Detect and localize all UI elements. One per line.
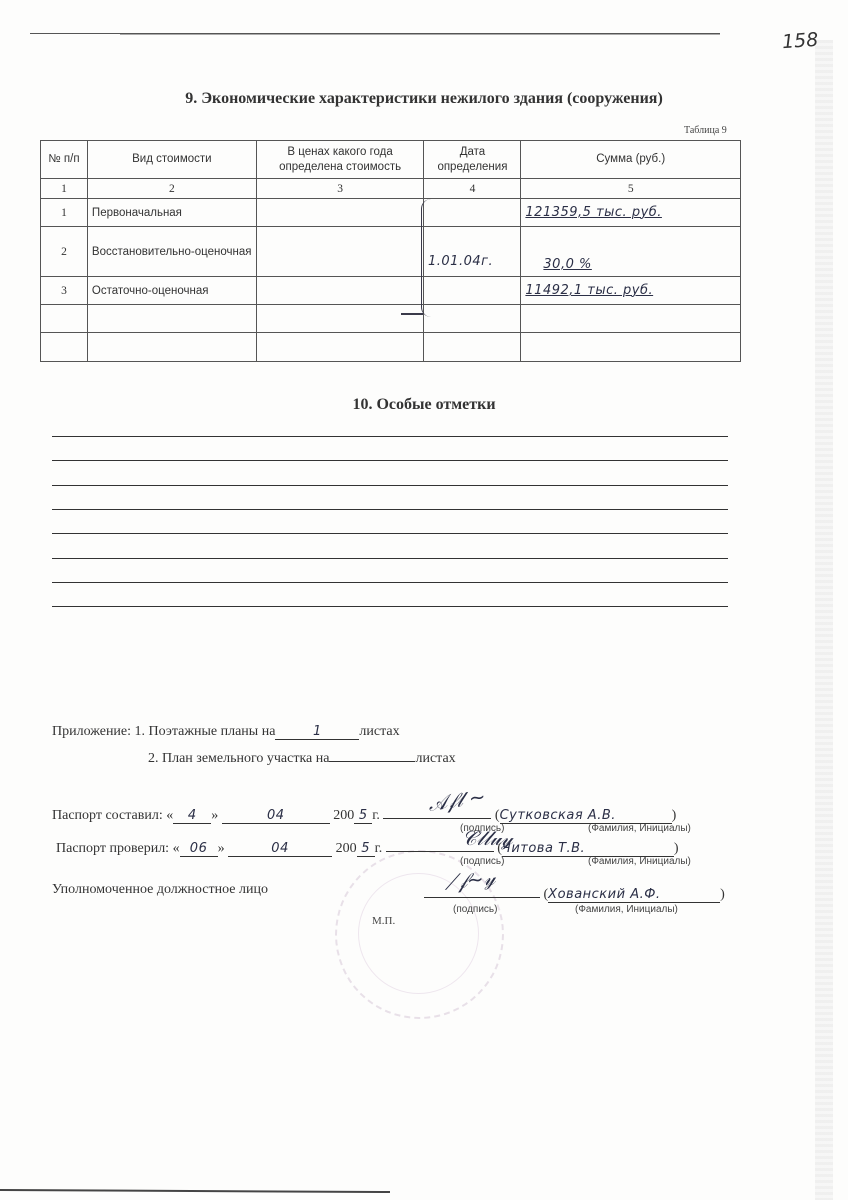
special-notes-line <box>52 509 728 510</box>
special-notes-line <box>52 436 728 437</box>
authorized-name-field: Хованский А.Ф. <box>548 887 720 903</box>
table-row: 3 Остаточно-оценочная 11492,1 тыс. руб. <box>41 277 741 305</box>
special-notes-line <box>52 485 728 486</box>
special-notes-line <box>52 582 728 583</box>
compiled-month-value: 04 <box>267 808 285 823</box>
sum-value: 30,0 % <box>543 257 591 272</box>
appendix-item-1-text: 1. Поэтажные планы на <box>135 724 276 739</box>
checked-day-value: 06 <box>190 841 208 856</box>
appendix-item-2-suffix: листах <box>415 751 455 766</box>
table-caption: Таблица 9 <box>684 125 727 136</box>
date-cell <box>424 227 521 277</box>
compiled-year-digit: 5 <box>359 808 368 823</box>
column-number: 5 <box>521 179 741 199</box>
checked-name-value: Читова Т.В. <box>502 841 585 856</box>
paren-close: ) <box>674 841 679 856</box>
value-type: Восстановительно-оценочная <box>87 227 256 277</box>
price-year <box>256 227 424 277</box>
table-header-row: № п/п Вид стоимости В ценах какого года … <box>41 141 741 179</box>
authorized-name-value: Хованский А.Ф. <box>548 887 660 902</box>
sum-cell: 11492,1 тыс. руб. <box>521 277 741 305</box>
row-number: 1 <box>41 199 88 227</box>
passport-checked-line: Паспорт проверил: «06» 04 2005г. (Читова… <box>56 836 679 857</box>
checked-month-field: 04 <box>228 841 332 857</box>
row-number <box>41 333 88 362</box>
table-row: 1 Первоначальная 121359,5 тыс. руб. <box>41 199 741 227</box>
checked-year-prefix: 200 <box>336 841 357 856</box>
header-date: Дата определения <box>424 141 521 179</box>
checked-year-suffix: г. <box>375 841 383 856</box>
compiled-month-field: 04 <box>222 808 330 824</box>
table-row <box>41 333 741 362</box>
sum-value: 11492,1 тыс. руб. <box>525 283 653 298</box>
checked-signature-caption: (подпись) <box>460 856 504 867</box>
checked-month-value: 04 <box>271 841 289 856</box>
checked-year-digit: 5 <box>361 841 370 856</box>
header-price-year: В ценах какого года определена стоимость <box>256 141 424 179</box>
checked-label: Паспорт проверил: <box>56 841 169 856</box>
sum-cell <box>521 333 741 362</box>
checked-name-caption: (Фамилия, Инициалы) <box>588 856 691 867</box>
column-number: 2 <box>87 179 256 199</box>
floor-plans-sheets-value: 1 <box>313 724 322 739</box>
floor-plans-sheets-field: 1 <box>275 724 359 740</box>
price-year <box>256 199 424 227</box>
authorized-signature-caption: (подпись) <box>453 904 497 915</box>
top-rule-shadow <box>120 34 720 35</box>
compiled-name-caption: (Фамилия, Инициалы) <box>588 823 691 834</box>
value-type <box>87 333 256 362</box>
price-year <box>256 333 424 362</box>
checked-name-field: Читова Т.В. <box>502 841 674 857</box>
date-cell <box>424 277 521 305</box>
row-number: 3 <box>41 277 88 305</box>
land-plan-sheets-field <box>329 746 415 762</box>
appendix-item-1-suffix: листах <box>359 724 399 739</box>
authorized-person-label: Уполномоченное должностное лицо <box>52 882 268 898</box>
compiled-year-prefix: 200 <box>333 808 354 823</box>
appendix-label: Приложение: <box>52 724 131 739</box>
compiled-year-field: 5 <box>354 808 372 824</box>
price-year <box>256 305 424 333</box>
appendix-line-2: 2. План земельного участка налистах <box>148 746 456 767</box>
compiled-day-field: 4 <box>173 808 211 824</box>
bottom-rule <box>0 1189 390 1193</box>
compiled-name-value: Сутковская А.В. <box>500 808 616 823</box>
compiled-label: Паспорт составил: <box>52 808 163 823</box>
special-notes-line <box>52 558 728 559</box>
column-number-row: 1 2 3 4 5 <box>41 179 741 199</box>
compiled-day-value: 4 <box>188 808 197 823</box>
row-number: 2 <box>41 227 88 277</box>
value-type <box>87 305 256 333</box>
appendix-item-2-text: 2. План земельного участка на <box>148 751 329 766</box>
paren-close: ) <box>672 808 677 823</box>
table-row: 2 Восстановительно-оценочная 30,0 % <box>41 227 741 277</box>
column-number: 1 <box>41 179 88 199</box>
checked-year-field: 5 <box>357 841 375 857</box>
special-notes-line <box>52 533 728 534</box>
table-row <box>41 305 741 333</box>
value-type: Первоначальная <box>87 199 256 227</box>
paren-close: ) <box>720 887 725 902</box>
quote-open: « <box>173 841 180 856</box>
appendix-line-1: Приложение: 1. Поэтажные планы на1листах <box>52 724 400 740</box>
special-notes-line <box>52 460 728 461</box>
special-notes-line <box>52 606 728 607</box>
column-number: 3 <box>256 179 424 199</box>
sum-cell: 30,0 % <box>521 227 741 277</box>
sum-value: 121359,5 тыс. руб. <box>525 205 662 220</box>
header-sum: Сумма (руб.) <box>521 141 741 179</box>
economic-characteristics-table: № п/п Вид стоимости В ценах какого года … <box>40 140 741 362</box>
quote-close: » <box>218 841 225 856</box>
stamp-label: М.П. <box>372 915 395 927</box>
price-year <box>256 277 424 305</box>
quote-open: « <box>166 808 173 823</box>
header-number: № п/п <box>41 141 88 179</box>
quote-close: » <box>211 808 218 823</box>
date-determined-value: 1.01.04г. <box>428 254 493 269</box>
date-cell <box>424 199 521 227</box>
column-number: 4 <box>424 179 521 199</box>
authorized-name-caption: (Фамилия, Инициалы) <box>575 904 678 915</box>
checked-signature: 𝒞𝓁𝓁𝓊𝓎 <box>462 826 513 850</box>
compiled-year-suffix: г. <box>372 808 380 823</box>
row-number <box>41 305 88 333</box>
sum-cell: 121359,5 тыс. руб. <box>521 199 741 227</box>
value-type: Остаточно-оценочная <box>87 277 256 305</box>
date-cell <box>424 305 521 333</box>
handwritten-brace-tail <box>401 313 423 315</box>
date-cell <box>424 333 521 362</box>
compiled-name-field: Сутковская А.В. <box>500 808 672 824</box>
sum-cell <box>521 305 741 333</box>
scan-edge-strip <box>815 40 833 1200</box>
section-9-title: 9. Экономические характеристики нежилого… <box>0 90 848 108</box>
page-number: 158 <box>781 29 819 53</box>
passport-compiled-line: Паспорт составил: «4» 04 2005г. (Сутковс… <box>52 803 676 824</box>
section-10-title: 10. Особые отметки <box>0 396 848 414</box>
header-value-type: Вид стоимости <box>87 141 256 179</box>
checked-day-field: 06 <box>180 841 218 857</box>
